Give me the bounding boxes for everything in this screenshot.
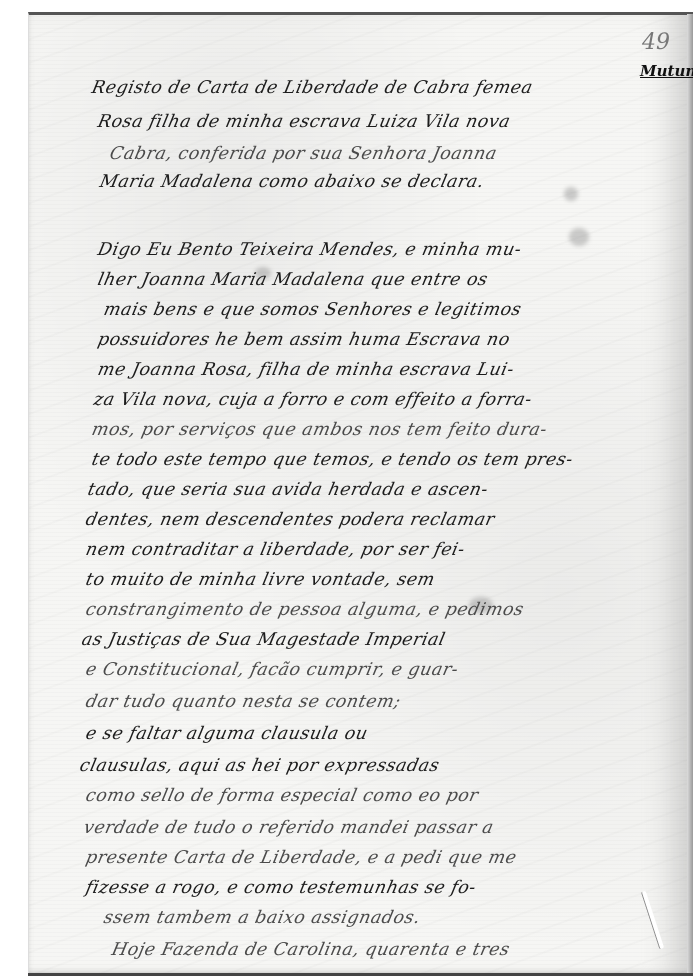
text-line: me Joanna Rosa, filha de minha escrava L…: [96, 360, 516, 380]
text-line: mais bens e que somos Senhores e legitim…: [102, 300, 523, 320]
text-line: como sello de forma especial como eo por: [84, 786, 480, 806]
text-line: presente Carta de Liberdade, e a pedi qu…: [84, 848, 519, 868]
text-line: dar tudo quanto nesta se contem;: [84, 692, 403, 712]
ink-stain: [569, 228, 589, 246]
text-line: to muito de minha livre vontade, sem: [84, 570, 437, 590]
text-line: Cabra, conferida por sua Senhora Joanna: [108, 144, 499, 164]
text-line: clausulas, aqui as hei por expressadas: [78, 756, 441, 776]
text-line: Registo de Carta de Liberdade de Cabra f…: [90, 78, 535, 98]
text-line: possuidores he bem assim huma Escrava no: [96, 330, 512, 350]
text-line: as Justiças de Sua Magestade Imperial: [80, 630, 447, 650]
text-line: Rosa filha de minha escrava Luiza Vila n…: [96, 112, 512, 132]
text-line: mos, por serviços que ambos nos tem feit…: [90, 420, 549, 440]
text-line: tado, que seria sua avida herdada e asce…: [86, 480, 490, 500]
ink-stain: [564, 187, 578, 201]
text-line: nem contraditar a liberdade, por ser fei…: [84, 540, 467, 560]
text-line: Digo Eu Bento Teixeira Mendes, e minha m…: [96, 240, 524, 260]
text-line: Hoje Fazenda de Carolina, quarenta e tre…: [110, 940, 512, 960]
text-line: za Vila nova, cuja a forro e com effeito…: [92, 390, 534, 410]
text-line: te todo este tempo que temos, e tendo os…: [90, 450, 575, 470]
margin-note: Mutum: [640, 62, 693, 80]
text-line: verdade de tudo o referido mandei passar…: [82, 818, 496, 838]
text-line: dentes, nem descendentes podera reclamar: [84, 510, 497, 530]
text-line: constrangimento de pessoa alguma, e pedi…: [84, 600, 526, 620]
text-line: lher Joanna Maria Madalena que entre os: [96, 270, 490, 290]
text-line: e Constitucional, facão cumprir, e guar-: [84, 660, 460, 680]
text-line: Maria Madalena como abaixo se declara.: [98, 172, 486, 192]
page-number: 49: [642, 30, 670, 55]
page-right-edge: [687, 14, 693, 974]
text-line: ssem tambem a baixo assignados.: [102, 908, 422, 928]
text-line: e se faltar alguma clausula ou: [84, 724, 370, 744]
text-line: fizesse a rogo, e como testemunhas se fo…: [84, 878, 478, 898]
